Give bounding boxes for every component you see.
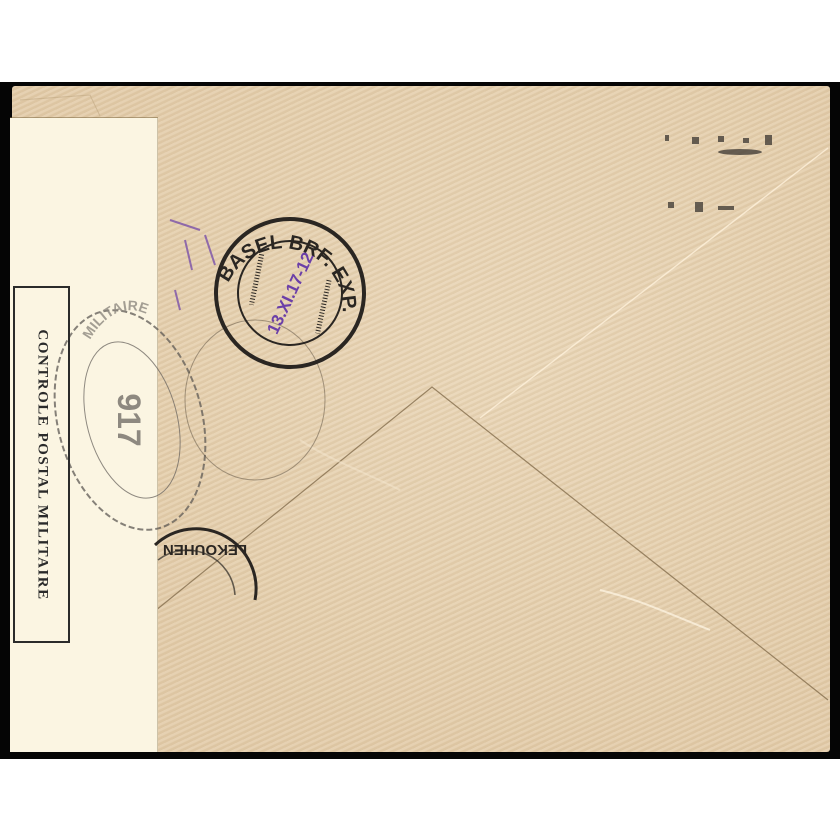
- top-right-marks: [665, 135, 772, 212]
- postmark-lower: LEKOUHEN: [155, 529, 256, 600]
- svg-text:MILITAIRE: MILITAIRE: [79, 297, 151, 341]
- censor-label-box: CONTROLE POSTAL MILITAIRE: [13, 286, 70, 643]
- svg-text:LEKOUHEN: LEKOUHEN: [163, 541, 247, 558]
- oval-stamp-number: 917: [111, 393, 147, 446]
- postmark-date: 13.XI.17-12: [263, 249, 317, 337]
- postmark-basel: BASEL BRF. EXP. 13.XI.17-12: [189, 193, 389, 391]
- censor-label-text: CONTROLE POSTAL MILITAIRE: [33, 329, 50, 600]
- violet-ink-marks: [170, 220, 215, 310]
- cancellation-marks: 917 MILITAIRE BASEL BRF. EXP. 13.XI.17-1…: [0, 0, 840, 840]
